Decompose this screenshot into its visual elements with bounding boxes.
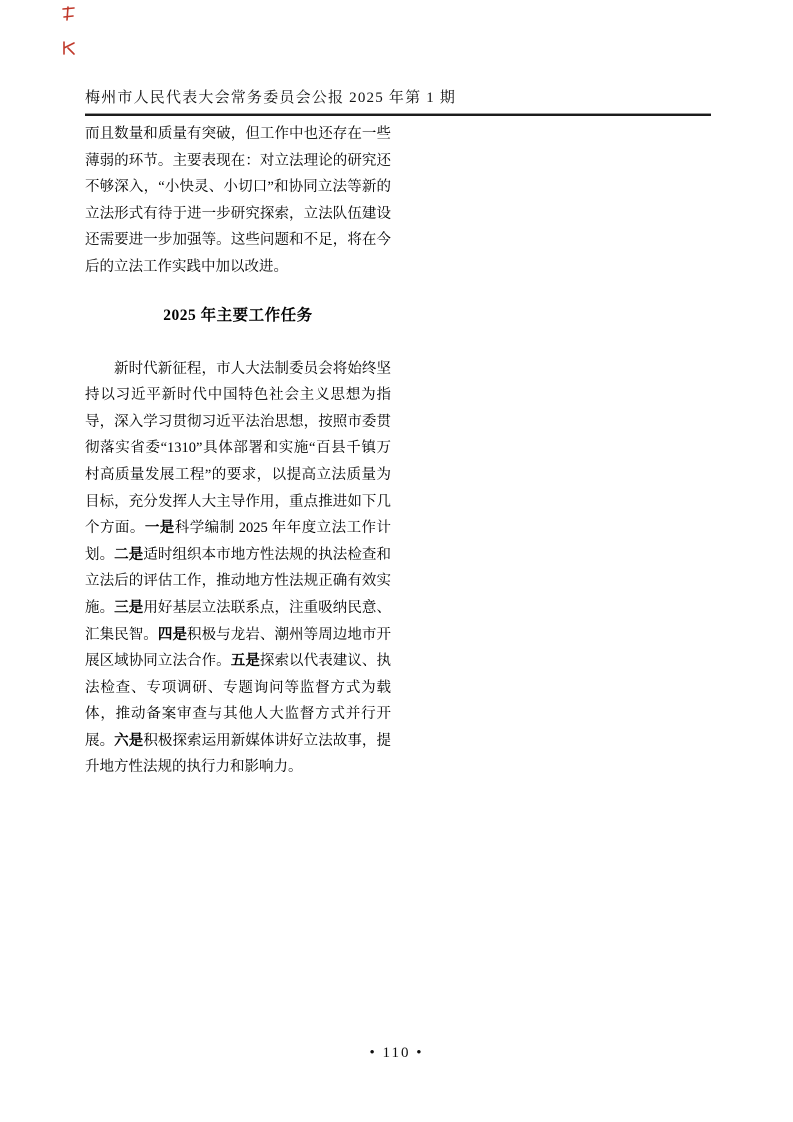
section-heading-2025-tasks: 2025 年主要工作任务	[85, 302, 391, 329]
list-marker-bold: 三是	[114, 600, 143, 616]
list-marker-bold: 一是	[145, 520, 175, 536]
list-marker-bold: 六是	[114, 733, 143, 749]
header-divider	[85, 114, 711, 116]
paragraph-2025-work-tasks: 新时代新征程，市人大法制委员会将始终坚持以习近平新时代中国特色社会主义思想为指导…	[85, 356, 391, 782]
red-pen-mark-icon	[60, 5, 78, 23]
list-marker-bold: 四是	[158, 627, 187, 643]
list-marker-bold: 二是	[114, 547, 143, 563]
list-marker-bold: 五是	[231, 653, 260, 669]
red-pen-mark-icon	[60, 39, 78, 57]
bulletin-header-title: 梅州市人民代表大会常务委员会公报 2025 年第 1 期	[85, 89, 456, 107]
paragraph-conclusion: 而且数量和质量有突破，但工作中也还存在一些薄弱的环节。主要表现在：对立法理论的研…	[85, 121, 391, 281]
text-column: 而且数量和质量有突破，但工作中也还存在一些薄弱的环节。主要表现在：对立法理论的研…	[85, 121, 391, 781]
document-page: 梅州市人民代表大会常务委员会公报 2025 年第 1 期 而且数量和质量有突破，…	[0, 0, 793, 1122]
page-number: • 110 •	[0, 1045, 793, 1062]
paragraph-text: 新时代新征程，市人大法制委员会将始终坚持以习近平新时代中国特色社会主义思想为指导…	[85, 361, 391, 537]
